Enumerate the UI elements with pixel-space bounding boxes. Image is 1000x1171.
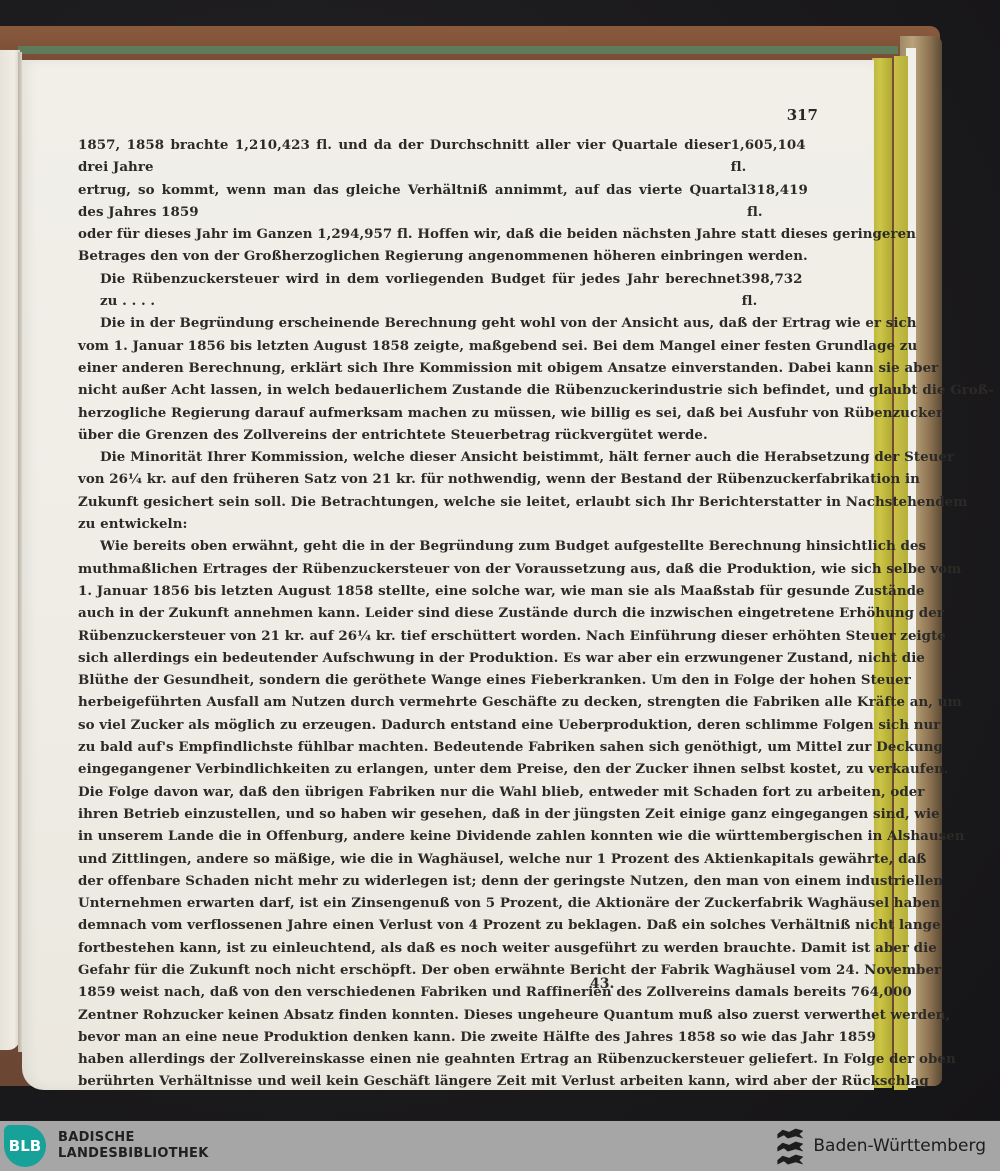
text-line: Wie bereits oben erwähnt, geht die in de… xyxy=(78,535,818,557)
text-line: muthmaßlichen Ertrages der Rübenzuckerst… xyxy=(78,558,818,580)
amount-value: 1,605,104 fl. xyxy=(731,134,818,179)
text-line: oder für dieses Jahr im Ganzen 1,294,957… xyxy=(78,223,818,245)
text-line: Die Rübenzuckersteuer wird in dem vorlie… xyxy=(78,268,818,313)
text-line: der offenbare Schaden nicht mehr zu wide… xyxy=(78,870,818,892)
text-line: ertrug, so kommt, wenn man das gleiche V… xyxy=(78,179,818,224)
text-line: Unternehmen erwarten darf, ist ein Zinse… xyxy=(78,892,818,914)
text-line: über die Grenzen des Zollvereins der ent… xyxy=(78,424,818,446)
text-line: und Zittlingen, andere so mäßige, wie di… xyxy=(78,848,818,870)
text-line: so viel Zucker als möglich zu erzeugen. … xyxy=(78,714,818,736)
text-line: haben allerdings der Zollvereinskasse ei… xyxy=(78,1048,818,1070)
signature-mark: 43. xyxy=(590,976,614,992)
text-line: Zukunft gesichert sein soll. Die Betrach… xyxy=(78,491,818,513)
amount-value: 318,419 fl. xyxy=(747,179,818,224)
text-line: demnach vom verflossenen Jahre einen Ver… xyxy=(78,914,818,936)
left-page-edge xyxy=(0,50,20,1050)
text-line: herbeigeführten Ausfall am Nutzen durch … xyxy=(78,691,818,713)
text-line: Rübenzuckersteuer von 21 kr. auf 26¼ kr.… xyxy=(78,625,818,647)
blb-logo[interactable]: BLB BADISCHE LANDESBIBLIOTHEK xyxy=(4,1125,209,1167)
text-line: nicht außer Acht lassen, in welch bedaue… xyxy=(78,379,818,401)
text-line: herzogliche Regierung darauf aufmerksam … xyxy=(78,402,818,424)
text-line: fortbestehen kann, ist zu einleuchtend, … xyxy=(78,937,818,959)
state-name: Baden-Württemberg xyxy=(813,1136,986,1156)
body-text: 1857, 1858 brachte 1,210,423 fl. und da … xyxy=(78,134,818,1093)
text-line: 1859 weist nach, daß von den verschieden… xyxy=(78,981,818,1003)
text-line: Gefahr für die Zukunft noch nicht erschö… xyxy=(78,959,818,981)
text-line: zu bald auf's Empfindlichste fühlbar mac… xyxy=(78,736,818,758)
library-name: BADISCHE LANDESBIBLIOTHEK xyxy=(58,1130,209,1162)
text-line: Die in der Begründung erscheinende Berec… xyxy=(78,312,818,334)
line-text: Die Rübenzuckersteuer wird in dem vorlie… xyxy=(78,268,742,313)
text-line: auch in der Zukunft annehmen kann. Leide… xyxy=(78,602,818,624)
text-line: 1857, 1858 brachte 1,210,423 fl. und da … xyxy=(78,134,818,179)
text-line: vom 1. Januar 1856 bis letzten August 18… xyxy=(78,335,818,357)
text-line: Die Folge davon war, daß den übrigen Fab… xyxy=(78,781,818,803)
text-line: 1. Januar 1856 bis letzten August 1858 s… xyxy=(78,580,818,602)
text-line: berührten Verhältnisse und weil kein Ges… xyxy=(78,1070,818,1092)
text-line: ihren Betrieb einzustellen, und so haben… xyxy=(78,803,818,825)
text-line: bevor man an eine neue Produktion denken… xyxy=(78,1026,818,1048)
page-number: 317 xyxy=(787,106,818,124)
text-line: in unserem Lande die in Offenburg, ander… xyxy=(78,825,818,847)
text-line: Die Minorität Ihrer Kommission, welche d… xyxy=(78,446,818,468)
endpaper-strip xyxy=(18,46,898,54)
text-line: Blüthe der Gesundheit, sondern die geröt… xyxy=(78,669,818,691)
text-line: eingegangener Verbindlichkeiten zu erlan… xyxy=(78,758,818,780)
text-line: zu entwickeln: xyxy=(78,513,818,535)
text-line: Betrages den von der Großherzoglichen Re… xyxy=(78,245,818,267)
document-page: 317 1857, 1858 brachte 1,210,423 fl. und… xyxy=(22,60,874,1090)
amount-value: 398,732 fl. xyxy=(742,268,818,313)
text-line: einer anderen Berechnung, erklärt sich I… xyxy=(78,357,818,379)
blb-badge-icon: BLB xyxy=(4,1125,46,1167)
line-text: ertrug, so kommt, wenn man das gleiche V… xyxy=(78,179,747,224)
text-line: Zentner Rohzucker keinen Absatz finden k… xyxy=(78,1004,818,1026)
line-text: 1857, 1858 brachte 1,210,423 fl. und da … xyxy=(78,134,731,179)
bw-logo[interactable]: Baden-Württemberg xyxy=(777,1127,986,1166)
footer-bar: BLB BADISCHE LANDESBIBLIOTHEK Baden-Würt… xyxy=(0,1121,1000,1171)
text-line: sich allerdings ein bedeutender Aufschwu… xyxy=(78,647,818,669)
text-line: von 26¼ kr. auf den früheren Satz von 21… xyxy=(78,468,818,490)
three-lions-icon xyxy=(777,1127,803,1166)
